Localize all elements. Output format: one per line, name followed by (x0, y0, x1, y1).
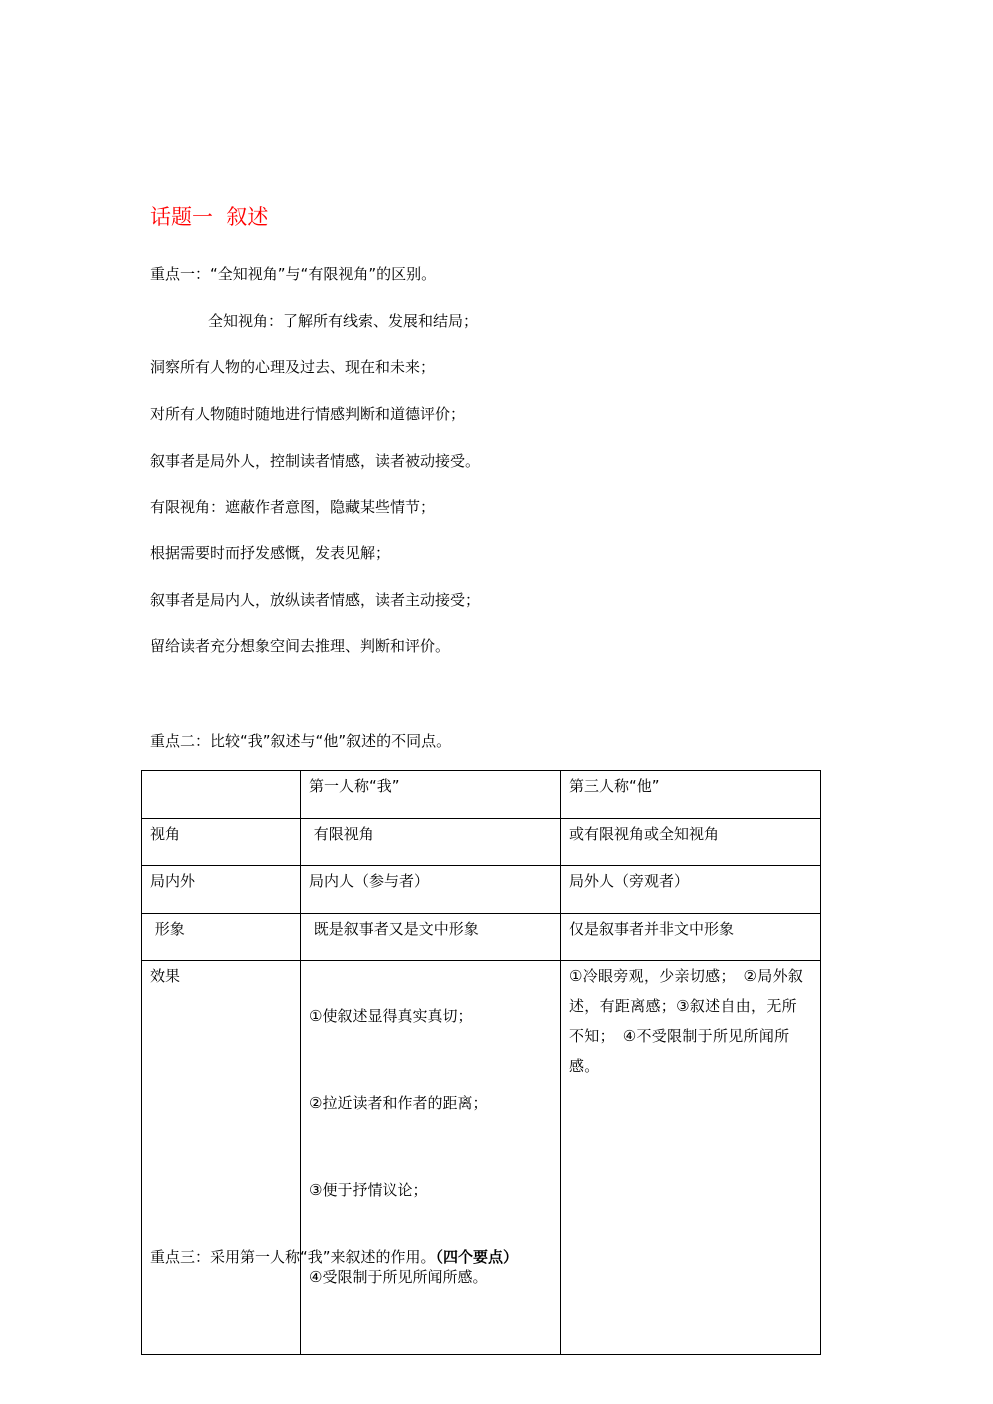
effect-point: ①使叙述显得真实真切； (309, 1006, 552, 1026)
third-person-cell: 局外人（旁观者） (561, 866, 821, 914)
row-label: 形象 (142, 913, 301, 961)
section3-heading: 重点三：采用第一人称“我”来叙述的作用。（四个要点） (150, 1247, 518, 1267)
comparison-table: 第一人称“我” 第三人称“他” 视角 有限视角 或有限视角或全知视角 局内外 局… (141, 770, 821, 1355)
row-label: 视角 (142, 818, 301, 866)
table-row: 局内外 局内人（参与者） 局外人（旁观者） (142, 866, 821, 914)
first-person-cell: 局内人（参与者） (301, 866, 561, 914)
section1-line: 有限视角：遮蔽作者意图，隐藏某些情节； (150, 497, 435, 517)
table-row-effect: 效果 ①使叙述显得真实真切； ②拉近读者和作者的距离； ③便于抒情议论； ④受限… (142, 961, 821, 1355)
table-row: 视角 有限视角 或有限视角或全知视角 (142, 818, 821, 866)
third-person-effect-cell: ①冷眼旁观，少亲切感； ②局外叙述，有距离感；③叙述自由，无所不知； ④不受限制… (561, 961, 821, 1355)
section1-line: 对所有人物随时随地进行情感判断和道德评价； (150, 404, 465, 424)
effect-point: ④受限制于所见所闻所感。 (309, 1267, 552, 1287)
section1-line: 叙事者是局内人，放纵读者情感，读者主动接受； (150, 590, 480, 610)
section1-line: 全知视角：了解所有线索、发展和结局； (208, 311, 478, 331)
section1-line: 叙事者是局外人，控制读者情感，读者被动接受。 (150, 451, 480, 471)
section1-line: 洞察所有人物的心理及过去、现在和未来； (150, 357, 435, 377)
section3-emphasis: （四个要点） (436, 1248, 519, 1266)
table-header-cell: 第三人称“他” (561, 771, 821, 819)
effect-point: ③便于抒情议论； (309, 1180, 552, 1200)
effect-point: ②拉近读者和作者的距离； (309, 1093, 552, 1113)
row-label: 局内外 (142, 866, 301, 914)
first-person-effect-cell: ①使叙述显得真实真切； ②拉近读者和作者的距离； ③便于抒情议论； ④受限制于所… (301, 961, 561, 1355)
third-person-cell: 或有限视角或全知视角 (561, 818, 821, 866)
topic-title: 话题一 叙述 (150, 203, 268, 231)
first-person-cell: 有限视角 (301, 818, 561, 866)
table-header-row: 第一人称“我” 第三人称“他” (142, 771, 821, 819)
section1-line: 留给读者充分想象空间去推理、判断和评价。 (150, 636, 450, 656)
first-person-cell: 既是叙事者又是文中形象 (301, 913, 561, 961)
row-label: 效果 (142, 961, 301, 1355)
section2-heading: 重点二：比较“我”叙述与“他”叙述的不同点。 (150, 731, 451, 751)
third-person-cell: 仅是叙事者并非文中形象 (561, 913, 821, 961)
table-header-cell (142, 771, 301, 819)
table-row: 形象 既是叙事者又是文中形象 仅是叙事者并非文中形象 (142, 913, 821, 961)
table-header-cell: 第一人称“我” (301, 771, 561, 819)
section3-heading-text: 重点三：采用第一人称“我”来叙述的作用。 (150, 1248, 436, 1266)
section1-line: 根据需要时而抒发感慨，发表见解； (150, 543, 390, 563)
section1-heading: 重点一：“全知视角”与“有限视角”的区别。 (150, 264, 436, 284)
